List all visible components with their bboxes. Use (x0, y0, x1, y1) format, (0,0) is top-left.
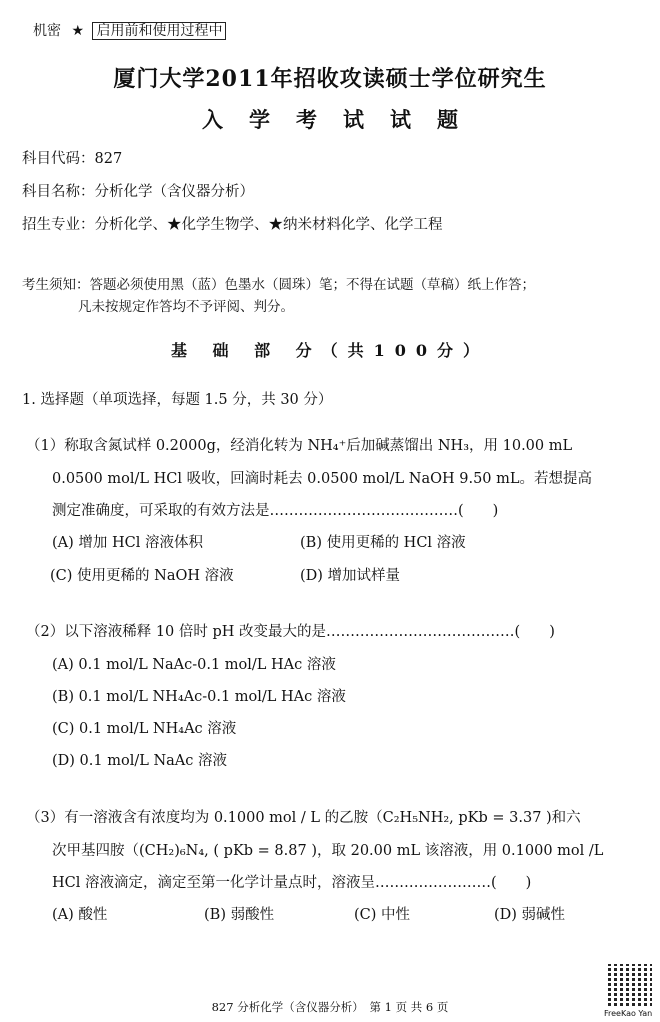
exam-title: 厦门大学2011年招收攻读硕士学位研究生 (0, 62, 660, 93)
notice-line-1: 考生须知：答题必须使用黑（蓝）色墨水（圆珠）笔；不得在试题（草稿）纸上作答； (22, 273, 535, 293)
q1-stem-line-1: （1）称取含氮试样 0.2000g，经消化转为 NH₄⁺后加碱蒸馏出 NH₃，用… (26, 434, 572, 455)
q1-option-c: (C) 使用更稀的 NaOH 溶液 (50, 564, 234, 585)
page-footer: 827 分析化学（含仪器分析） 第 1 页 共 6 页 (0, 999, 660, 1015)
exam-subtitle: 入学考试试题 (0, 104, 660, 134)
q1-option-b: (B) 使用更稀的 HCl 溶液 (300, 531, 466, 552)
q3-option-a: (A) 酸性 (52, 903, 107, 924)
q3-stem-line-2: 次甲基四胺（(CH₂)₆N₄, ( pKb = 8.87 )，取 20.00 m… (52, 839, 603, 860)
q2-option-d: (D) 0.1 mol/L NaAc 溶液 (52, 749, 227, 770)
usage-box: 启用前和使用过程中 (92, 22, 226, 40)
q1-option-a: (A) 增加 HCl 溶液体积 (52, 531, 203, 552)
notice-line-2: 凡未按规定作答均不予评阅、判分。 (78, 295, 294, 315)
q2-option-a: (A) 0.1 mol/L NaAc-0.1 mol/L HAc 溶液 (52, 653, 336, 674)
majors: 招生专业：分析化学、★化学生物学、★纳米材料化学、化学工程 (22, 213, 443, 234)
subject-name: 科目名称：分析化学（含仪器分析） (22, 180, 254, 201)
qr-code-icon (608, 964, 652, 1008)
q2-option-b: (B) 0.1 mol/L NH₄Ac-0.1 mol/L HAc 溶液 (52, 685, 346, 706)
q1-option-d: (D) 增加试样量 (300, 564, 400, 585)
part1-heading: 1. 选择题（单项选择，每题 1.5 分，共 30 分） (22, 388, 332, 409)
confidential-label: 机密 (33, 23, 61, 39)
q3-option-c: (C) 中性 (354, 903, 410, 924)
watermark-label: FreeKao Yan (604, 1009, 652, 1018)
q2-stem: （2）以下溶液稀释 10 倍时 pH 改变最大的是…………………………………( … (26, 620, 555, 641)
section-title: 基 础 部 分（共100分） (0, 338, 660, 361)
confidential-header: 机密 ★ 启用前和使用过程中 (33, 20, 226, 40)
q1-stem-line-2: 0.0500 mol/L HCl 吸收，回滴时耗去 0.0500 mol/L N… (52, 467, 592, 488)
star-icon: ★ (71, 23, 84, 39)
subject-code: 科目代码：827 (22, 147, 122, 168)
q3-stem-line-1: （3）有一溶液含有浓度均为 0.1000 mol / L 的乙胺（C₂H₅NH₂… (26, 806, 581, 827)
q3-stem-line-3: HCl 溶液滴定，滴定至第一化学计量点时，溶液呈……………………( ) (52, 871, 531, 892)
q3-option-d: (D) 弱碱性 (494, 903, 565, 924)
q1-stem-line-3: 测定准确度，可采取的有效方法是…………………………………( ) (52, 499, 498, 520)
q2-option-c: (C) 0.1 mol/L NH₄Ac 溶液 (52, 717, 236, 738)
q3-option-b: (B) 弱酸性 (204, 903, 274, 924)
